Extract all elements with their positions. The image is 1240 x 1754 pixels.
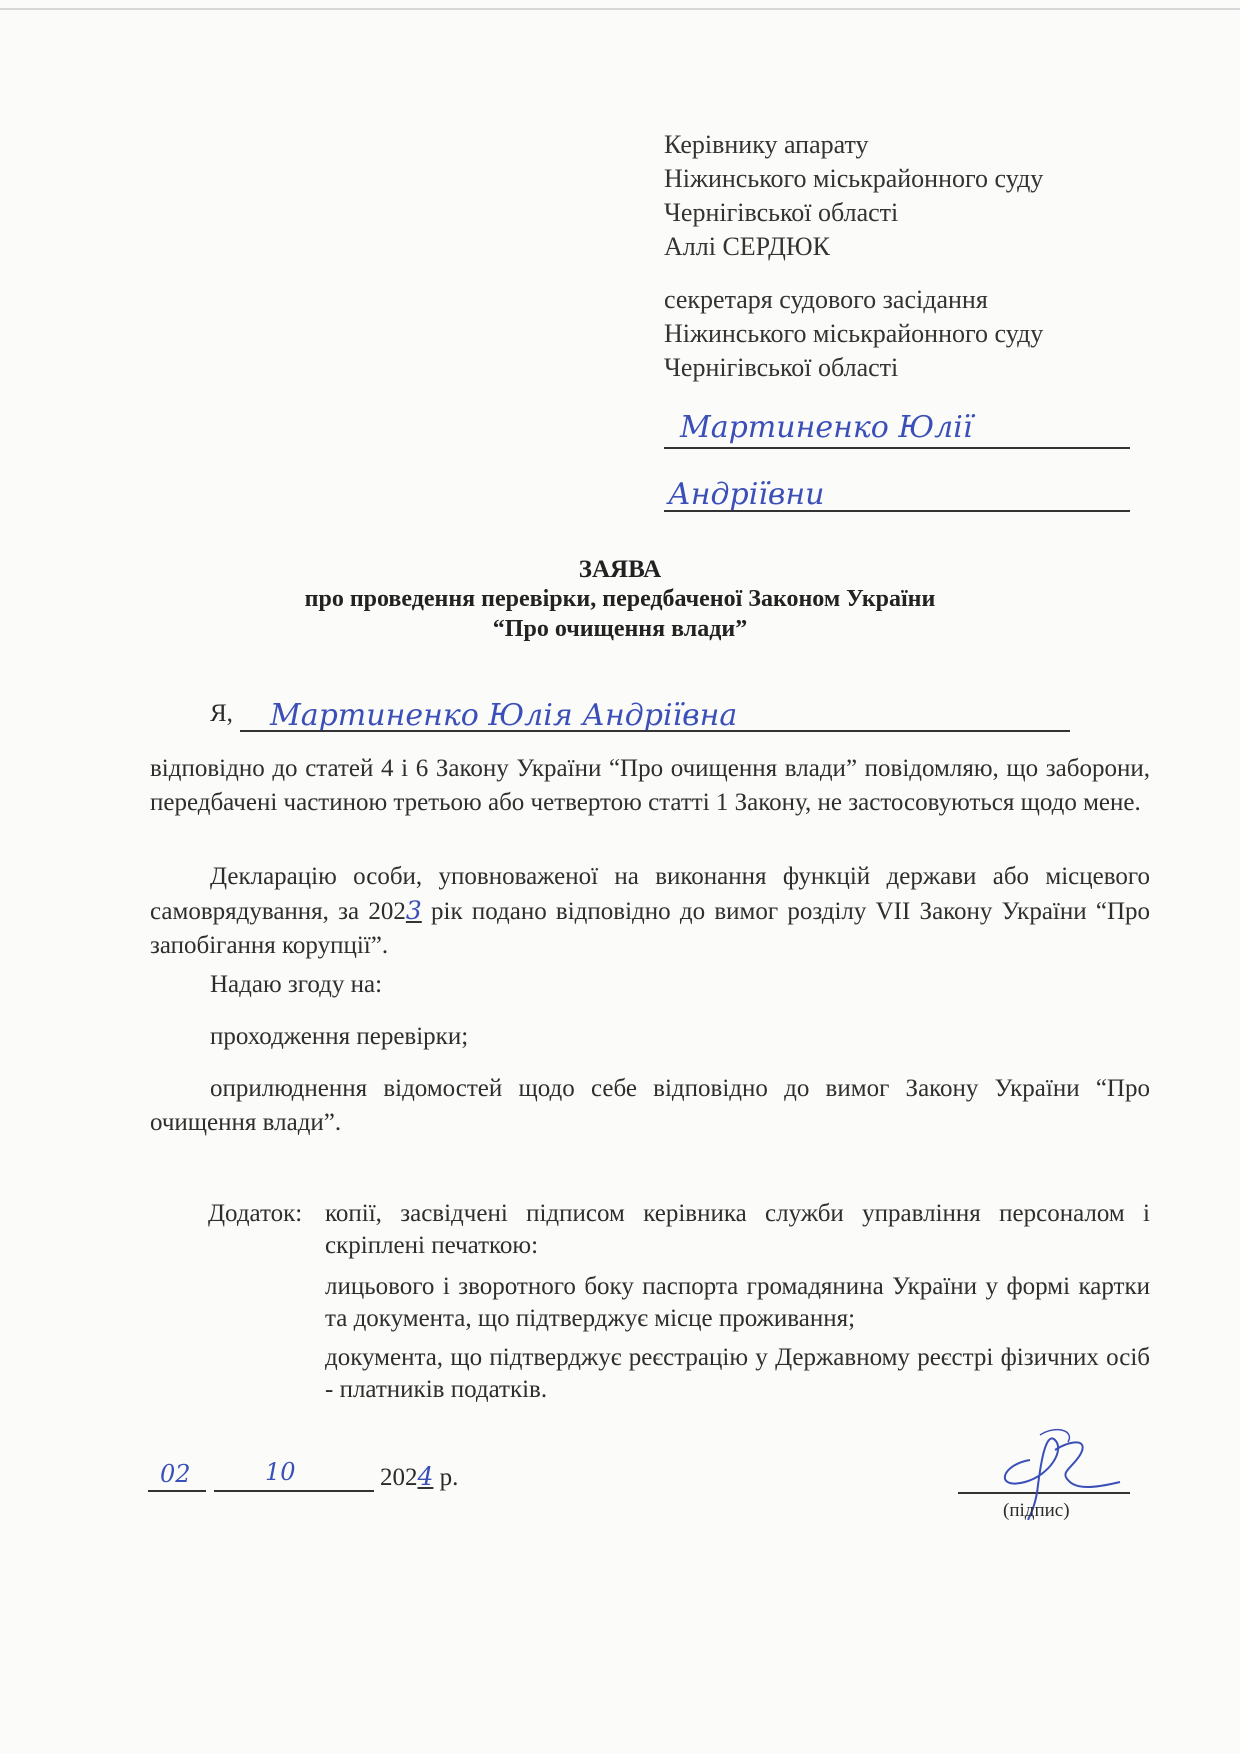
document-subtitle-1: про проведення перевірки, передбаченої З… xyxy=(0,586,1240,613)
addressee-line: Ніжинського міськрайонного суду xyxy=(664,162,1043,196)
date-day-blank xyxy=(148,1490,206,1492)
attachment-item-0: копії, засвідчені підписом керівника слу… xyxy=(325,1198,1150,1262)
addressee-block: Керівнику апарату Ніжинського міськрайон… xyxy=(664,128,1043,264)
statement-prefix: Я, xyxy=(210,700,233,728)
attachment-item-1: лицьового і зворотного боку паспорта гро… xyxy=(325,1271,1150,1335)
scan-edge-line xyxy=(0,8,1240,10)
consent-heading: Надаю згоду на: xyxy=(210,968,1110,1002)
sender-name-handwritten-1: Мартиненко Юлії xyxy=(680,410,972,445)
document-page: Керівнику апарату Ніжинського міськрайон… xyxy=(0,0,1240,1754)
document-title: ЗАЯВА xyxy=(0,556,1240,584)
sender-name-blank-2 xyxy=(664,510,1130,512)
attachment-item-2: документа, що підтверджує реєстрацію у Д… xyxy=(325,1342,1150,1406)
sender-line: Чернігівської області xyxy=(664,351,1043,385)
document-subtitle-2: “Про очищення влади” xyxy=(0,616,1240,643)
date-month-handwritten: 10 xyxy=(265,1458,296,1486)
consent-item-1: проходження перевірки; xyxy=(210,1020,1110,1054)
date-year: 2024 р. xyxy=(380,1462,458,1492)
date-day-handwritten: 02 xyxy=(160,1460,191,1488)
consent-item-2: оприлюднення відомостей щодо себе відпов… xyxy=(150,1072,1150,1140)
sender-name-handwritten-2: Андріївни xyxy=(668,477,824,512)
signature-caption: (підпис) xyxy=(1003,1500,1070,1522)
addressee-line: Чернігівської області xyxy=(664,196,1043,230)
statement-name-blank xyxy=(240,730,1070,732)
addressee-line: Аллі СЕРДЮК xyxy=(664,230,1043,264)
statement-paragraph-2: Декларацію особи, уповноваженої на викон… xyxy=(150,860,1150,963)
declaration-year-digit: 3 xyxy=(406,896,422,925)
statement-name-handwritten: Мартиненко Юлія Андріївна xyxy=(270,698,737,733)
date-month-blank xyxy=(214,1490,374,1492)
sender-line: Ніжинського міськрайонного суду xyxy=(664,317,1043,351)
addressee-line: Керівнику апарату xyxy=(664,128,1043,162)
sender-line: секретаря судового засідання xyxy=(664,283,1043,317)
attachment-label: Додаток: xyxy=(208,1198,302,1230)
sender-name-blank-1 xyxy=(664,447,1130,449)
statement-paragraph-1: відповідно до статей 4 і 6 Закону Україн… xyxy=(150,752,1150,820)
sender-block: секретаря судового засідання Ніжинського… xyxy=(664,283,1043,385)
